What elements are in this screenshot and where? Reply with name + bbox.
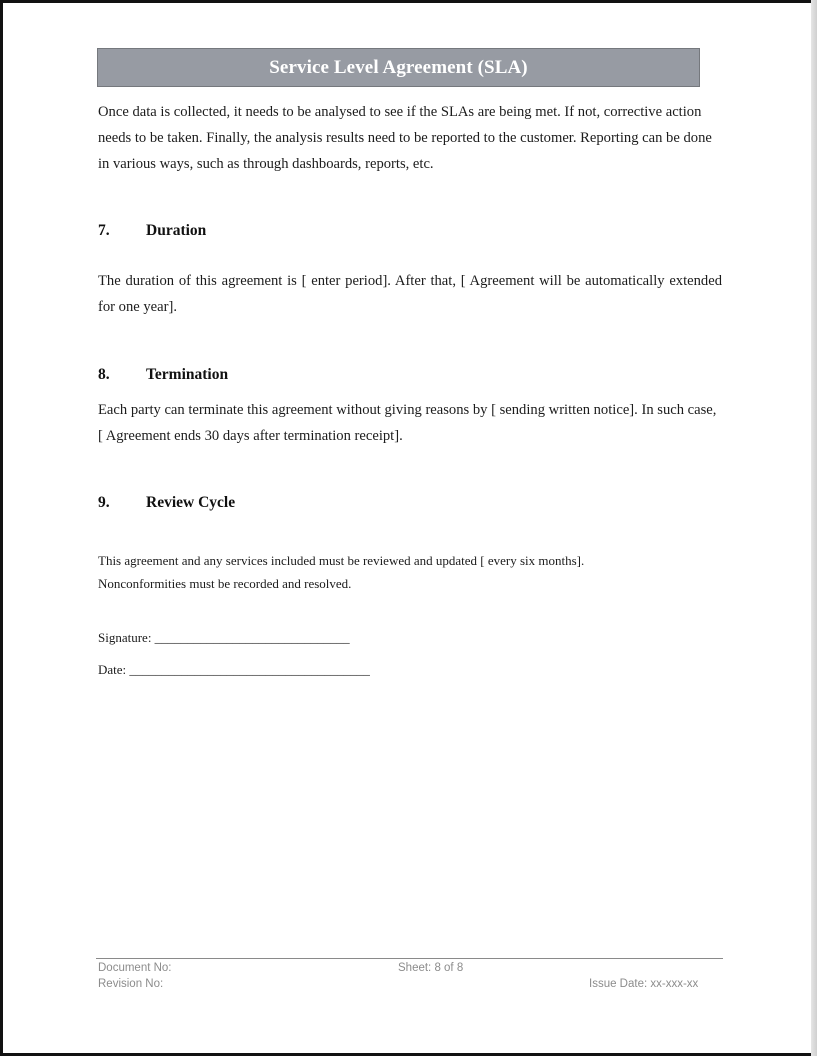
section-heading-termination: 8. Termination	[98, 366, 228, 384]
footer-sheet: Sheet: 8 of 8	[398, 962, 463, 974]
footer-divider	[96, 958, 723, 959]
section-number: 7.	[98, 222, 146, 240]
section-title: Termination	[146, 366, 228, 384]
footer-document-no: Document No:	[98, 962, 172, 974]
page-edge-shadow	[811, 0, 817, 1056]
section-number: 9.	[98, 494, 146, 512]
section-title: Review Cycle	[146, 494, 235, 512]
section-heading-review-cycle: 9. Review Cycle	[98, 494, 235, 512]
review-cycle-line-2: Nonconformities must be recorded and res…	[98, 572, 698, 595]
termination-paragraph: Each party can terminate this agreement …	[98, 397, 722, 449]
footer-issue-date: Issue Date: xx-xxx-xx	[589, 978, 698, 990]
intro-paragraph: Once data is collected, it needs to be a…	[98, 99, 722, 177]
document-title: Service Level Agreement (SLA)	[269, 57, 527, 79]
review-cycle-line-1: This agreement and any services included…	[98, 549, 698, 572]
document-title-bar: Service Level Agreement (SLA)	[97, 48, 700, 87]
date-field: Date: __________________________________…	[98, 662, 370, 678]
section-title: Duration	[146, 222, 206, 240]
footer-revision-no: Revision No:	[98, 978, 163, 990]
signature-field: Signature: _____________________________…	[98, 630, 350, 646]
duration-paragraph: The duration of this agreement is [ ente…	[98, 268, 722, 320]
section-heading-duration: 7. Duration	[98, 222, 206, 240]
section-number: 8.	[98, 366, 146, 384]
